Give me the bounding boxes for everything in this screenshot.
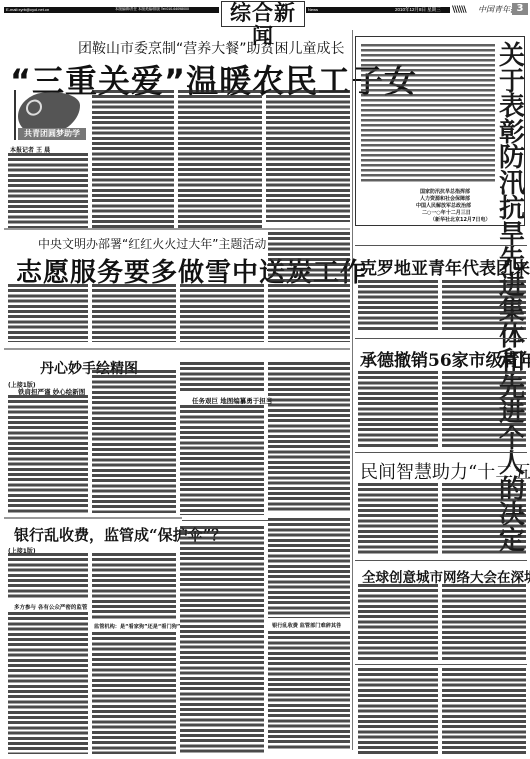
article-body-col2 [92, 284, 176, 342]
header-contact: 本版编辑/责任 本版美编/排版 Tel:010-64098000 [115, 6, 189, 13]
article-body-col4b [268, 631, 350, 749]
article-body-col1a [8, 553, 88, 599]
article-body-col4 [268, 362, 350, 512]
article-body-col2b [442, 668, 526, 754]
article-headline: 克罗地亚青年代表团来华访问 [360, 254, 530, 279]
article-headline: 全球创意城市网络大会在深圳召开 [362, 566, 530, 586]
article-body-col3 [180, 362, 264, 392]
article-body-col2 [92, 90, 174, 228]
decision-body [361, 44, 495, 184]
article-subhead-2: 任务艰巨 地图编纂勇于担当 [192, 396, 272, 405]
section-title: 综合新闻 [221, 1, 305, 27]
article-body-col3 [180, 284, 264, 342]
article-body-col1 [358, 371, 438, 449]
signature-2: 人力资源和社会保障部 [420, 195, 470, 202]
divider [355, 338, 527, 339]
article-body-col1b [358, 668, 438, 754]
article-body-col1 [8, 395, 88, 513]
article-body-col1 [8, 153, 88, 228]
decorative-slashes-icon: \\\\\\ [452, 5, 466, 15]
signature-source: （新华社北京12月7日电） [430, 216, 490, 223]
signature-3: 中国人民解放军总政治部 [416, 202, 471, 209]
article-body-col2 [442, 371, 526, 449]
article-subhead-1: 多方参与 各有公众严密的监管 [14, 603, 87, 611]
divider [4, 228, 350, 230]
article-body-col3b [180, 405, 264, 515]
article-body-col4 [266, 90, 350, 222]
article-body-col3 [178, 90, 262, 228]
flag-pole [14, 90, 16, 140]
article-body-col2 [442, 483, 526, 555]
article-subhead-3: 银行乱收费 监管部门难辞其咎 [272, 622, 341, 629]
column-rule [352, 30, 353, 750]
divider [182, 520, 350, 521]
divider [4, 348, 350, 350]
article-kicker: 中央文明办部署“红红火火过大年”主题活动 [38, 235, 266, 252]
signature-date: 二○一○年十二月三日 [422, 209, 471, 216]
article-body-col2 [92, 370, 176, 513]
divider [4, 517, 182, 519]
header-email: E-mail:xyrb@cyol.net.cn [6, 6, 49, 13]
page-number: 3 [512, 3, 528, 15]
article-body-col1 [358, 280, 438, 332]
article-body-col2 [442, 280, 526, 332]
divider [355, 664, 527, 665]
article-body-col2a [92, 553, 176, 619]
divider [355, 245, 527, 246]
article-body-col2b [92, 632, 176, 754]
article-body-col3 [180, 526, 264, 754]
issue-date: 2010年12月8日 星期三 [395, 6, 441, 13]
article-subhead-2: 监管机构：是“看家狗”还是“看门狗” [94, 623, 180, 630]
article-body-col4a [268, 518, 350, 618]
article-kicker: 团鞍山市委烹制“营养大餐”助贫困儿童成长 [78, 38, 345, 58]
article-headline: 承德撤销56家市级青年文明号 [360, 346, 530, 371]
image-caption: 共青团圆梦助学 [18, 128, 86, 140]
divider [355, 452, 527, 453]
signature-1: 国家防汛抗旱总指挥部 [420, 188, 470, 195]
section-en-label: News [308, 6, 318, 13]
article-body-col1 [8, 284, 88, 342]
article-body-col1 [358, 483, 438, 555]
article-body-col1a [358, 584, 438, 660]
article-headline: 民间智慧助力“十二五” [360, 458, 530, 484]
article-body-col1b [8, 612, 88, 754]
article-body-col4 [268, 232, 350, 342]
divider [355, 560, 527, 561]
article-body-col2a [442, 584, 526, 660]
